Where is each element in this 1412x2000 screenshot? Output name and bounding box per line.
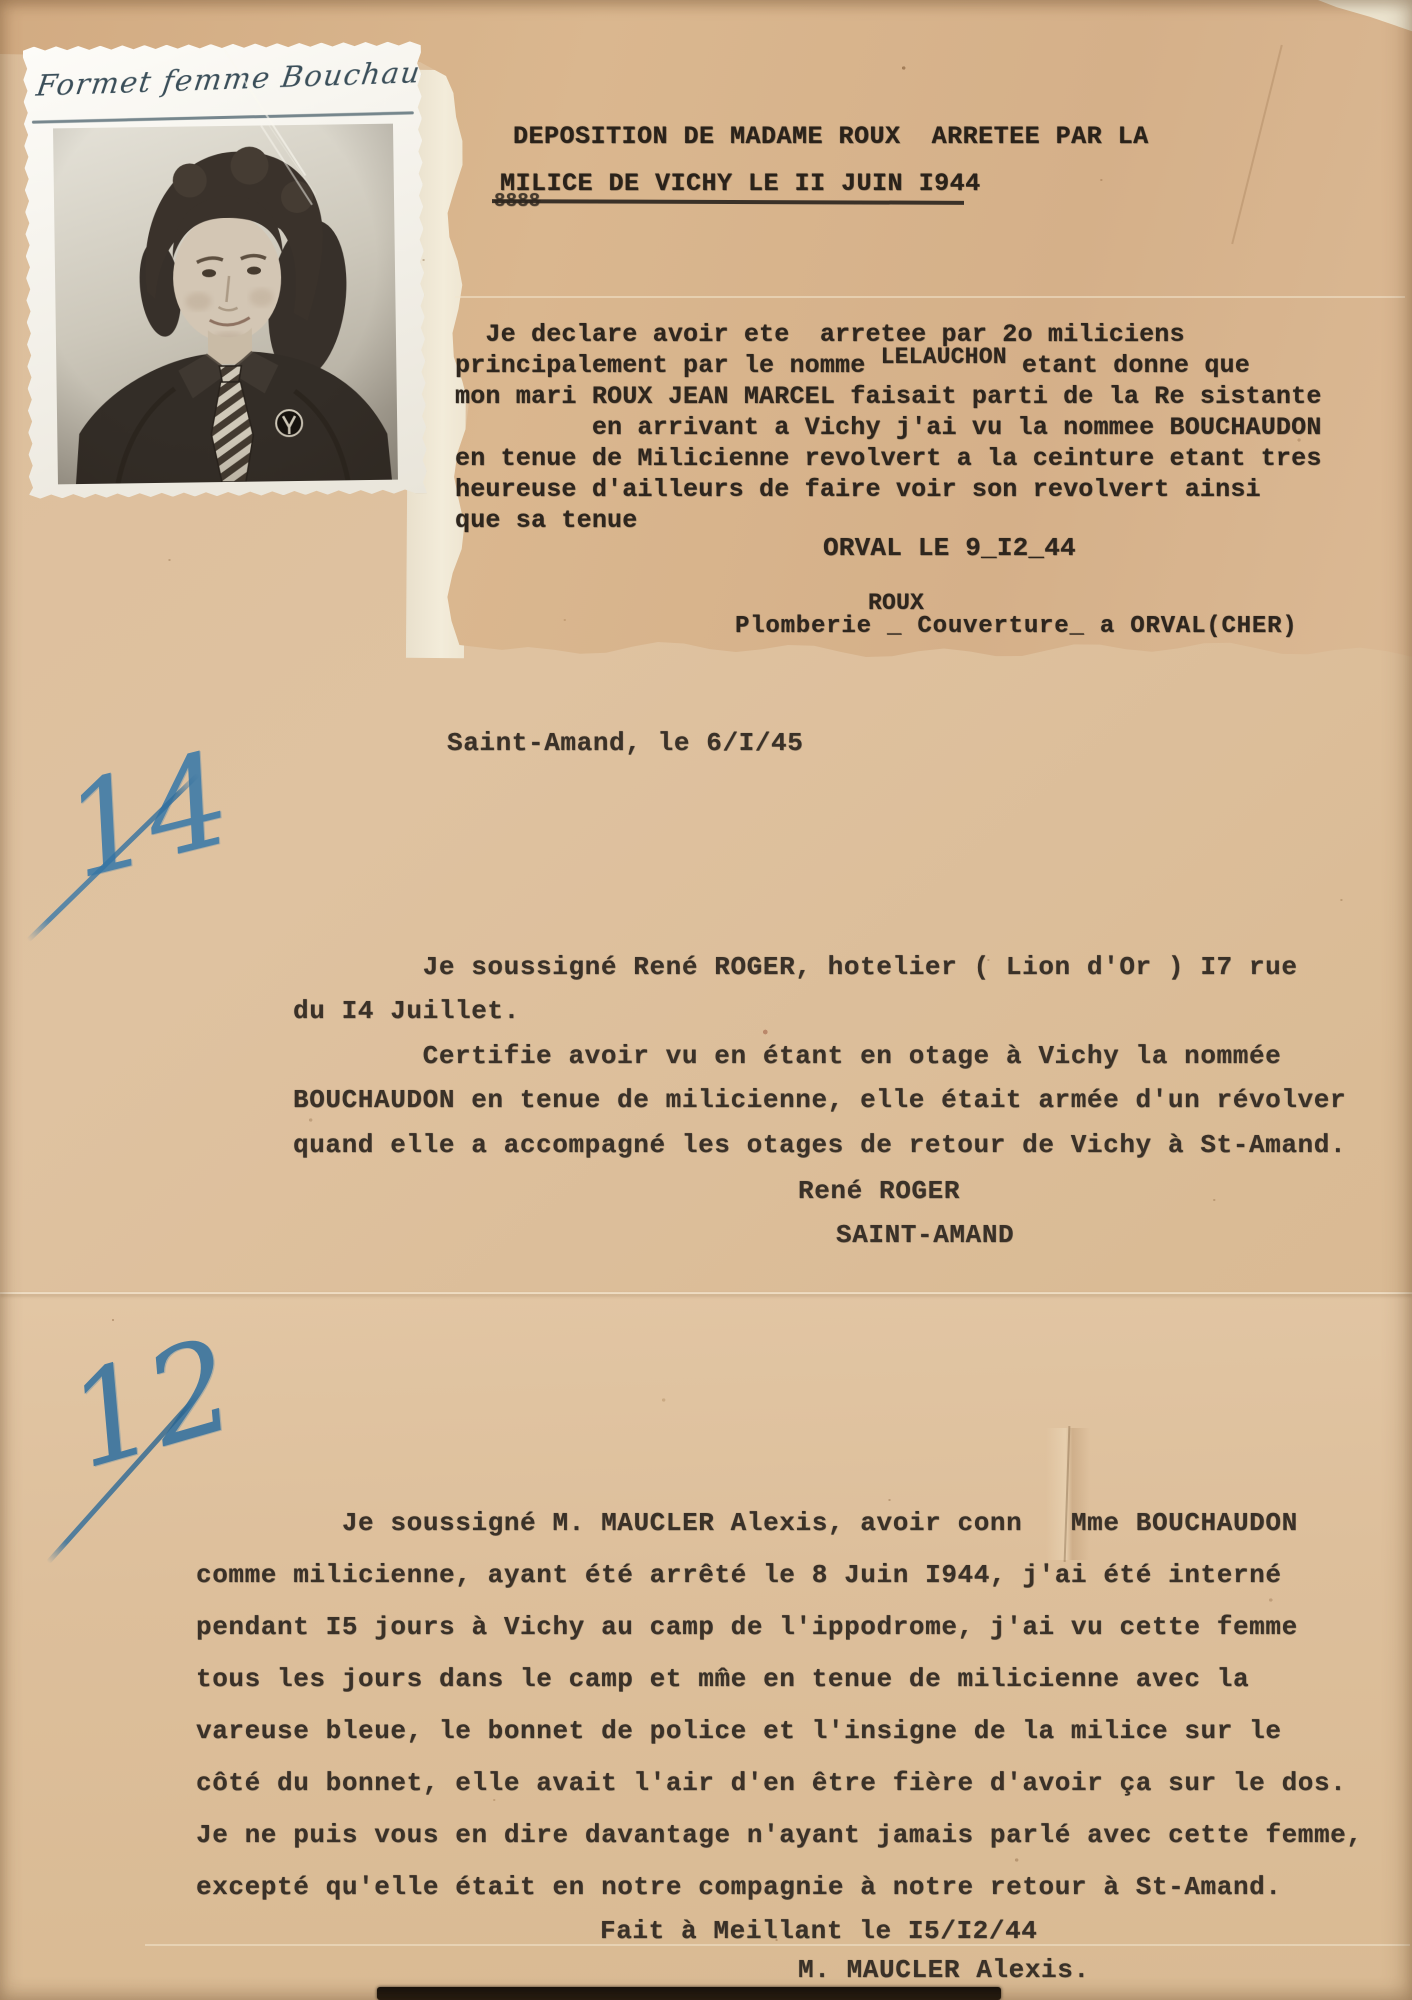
letter3-line: Je soussigné M. MAUCLER Alexis, avoir co… [196, 1508, 1298, 1538]
letter3-line: Je ne puis vous en dire davantage n'ayan… [196, 1820, 1363, 1850]
deposition-signature-line: Plomberie _ Couverture_ a ORVAL(CHER) [735, 613, 1298, 640]
deposition-body-line: heureuse d'ailleurs de faire voir son re… [455, 475, 1261, 504]
letter2-line: Certifie avoir vu en étant en otage à Vi… [293, 1041, 1281, 1071]
deposition-title-line2: MILICE DE VICHY LE II JUIN I944 [500, 169, 981, 198]
handwritten-page-number-14: 14 [50, 725, 244, 909]
letter2-line: BOUCHAUDON en tenue de milicienne, elle … [293, 1085, 1346, 1115]
deposition-place-date: ORVAL LE 9_I2_44 [823, 533, 1076, 563]
inserted-name: LELAUCHON [881, 344, 1007, 370]
sheet-seam [0, 1292, 1412, 1294]
letter3-line: côté du bonnet, elle avait l'air d'en êt… [196, 1768, 1346, 1798]
letter3-line: tous les jours dans le camp et mm̂e en t… [196, 1664, 1249, 1694]
photograph: Formet femme Bouchaudon [23, 41, 427, 499]
deposition-body-line: Je declare avoir ete arretee par 2o mili… [455, 320, 1185, 349]
letter2-line: quand elle a accompagné les otages de re… [293, 1130, 1346, 1160]
letter2-signature-name: René ROGER [798, 1176, 960, 1206]
letter3-signature: M. MAUCLER Alexis. [798, 1955, 1090, 1985]
scanned-archive-page: DEPOSITION DE MADAME ROUX ARRETEE PAR LA… [0, 0, 1412, 2000]
letter3-line: comme milicienne, ayant été arrêté le 8 … [196, 1560, 1282, 1590]
deposition-body-line: que sa tenue [455, 506, 637, 535]
portrait-of-woman [53, 124, 398, 485]
letter2-line: du I4 Juillet. [293, 996, 520, 1026]
deposition-body-line: mon mari ROUX JEAN MARCEL faisait parti … [455, 382, 1322, 411]
photo-caption-handwriting: Formet femme Bouchaudon [34, 55, 420, 102]
letter2-line: Je soussigné René ROGER, hotelier ( Lion… [293, 952, 1298, 982]
caption-underline [32, 111, 414, 123]
letter3-line: pendant I5 jours à Vichy au camp de l'ip… [196, 1612, 1298, 1642]
deposition-title-line1: DEPOSITION DE MADAME ROUX ARRETEE PAR LA [513, 122, 1149, 151]
letter2-dateline: Saint-Amand, le 6/I/45 [447, 728, 803, 758]
struck-out-text: 8888 [494, 190, 540, 212]
deposition-body-line: principalement par le nomme LELAUCHON et… [455, 351, 1250, 380]
deposition-body-line: en arrivant a Vichy j'ai vu la nommee BO… [455, 413, 1322, 442]
letter3-line: excepté qu'elle était en notre compagnie… [196, 1872, 1282, 1902]
letter3-closing: Fait à Meillant le I5/I2/44 [600, 1916, 1037, 1946]
letter2-signature-place: SAINT-AMAND [836, 1220, 1014, 1250]
deposition-body-line: en tenue de Milicienne revolvert a la ce… [455, 444, 1322, 473]
letter3-line: vareuse bleue, le bonnet de police et l'… [196, 1716, 1282, 1746]
scan-edge-dark-strip [377, 1987, 1001, 2000]
